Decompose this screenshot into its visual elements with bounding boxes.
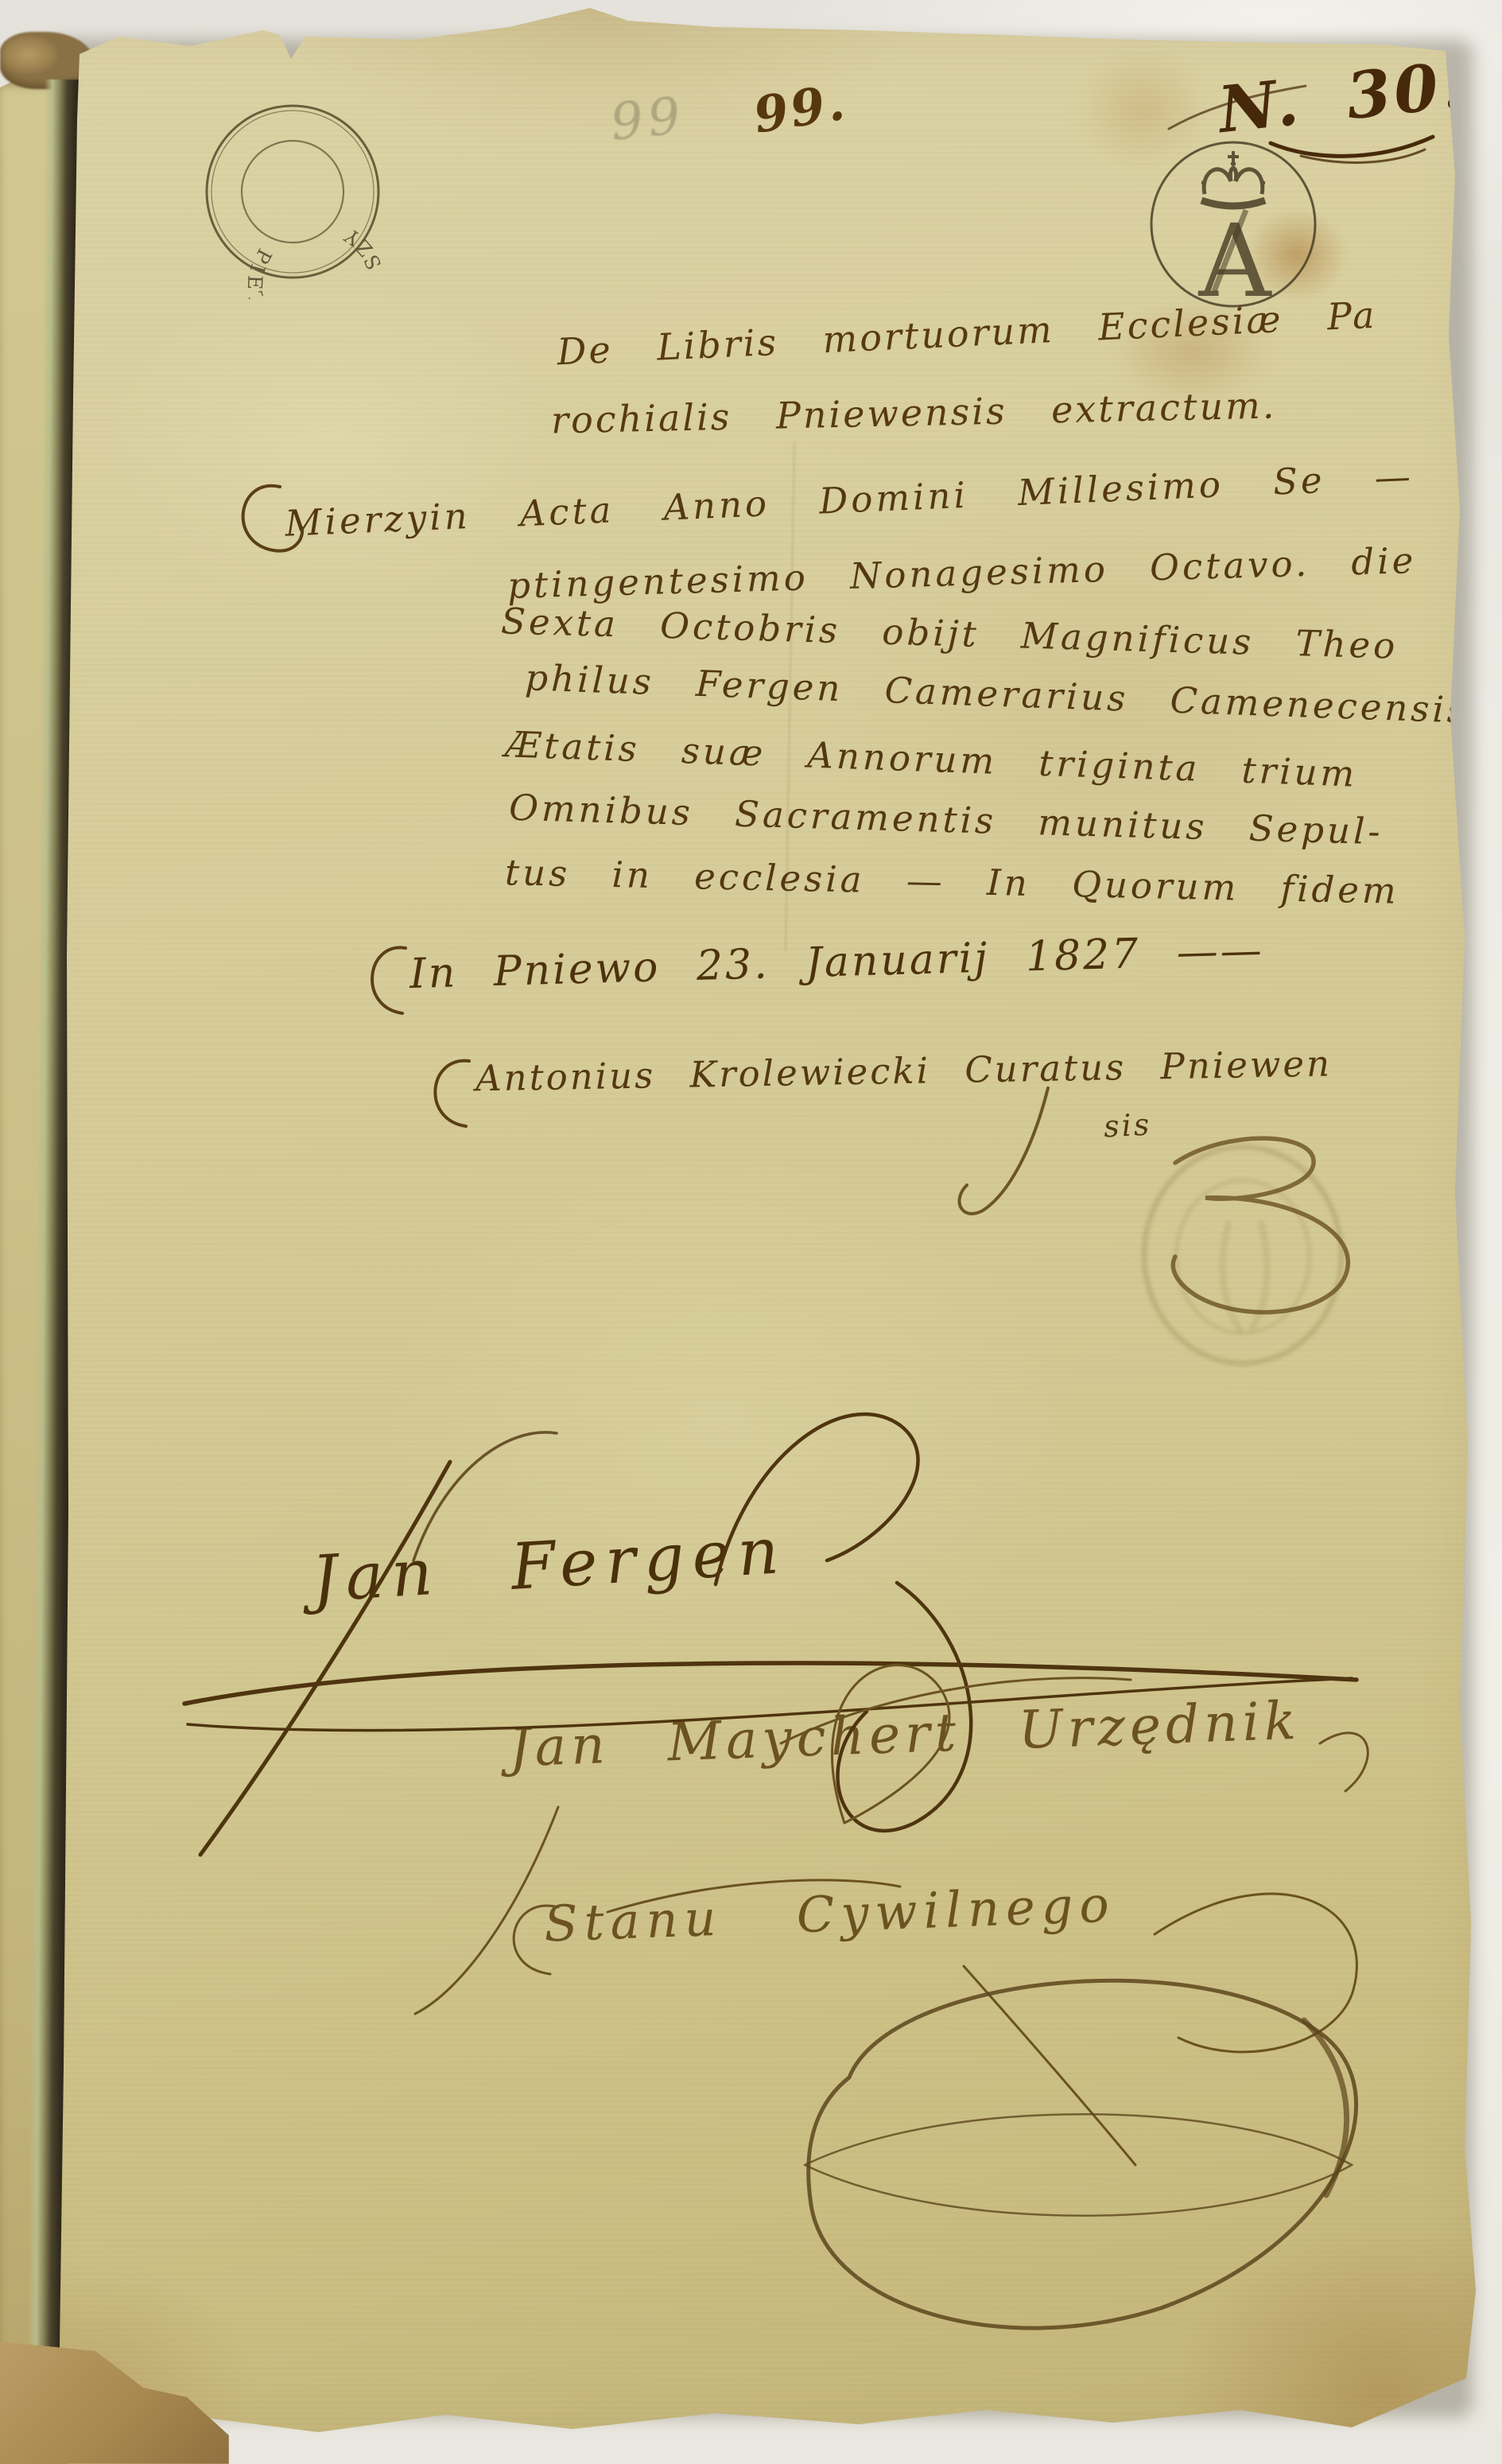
oval-flourish: [805, 1980, 1356, 2328]
attestation-descender-flourish: [960, 1088, 1048, 1214]
document-scan: PIETNASCIE ✱ GROSZY 99 99. N. 30. A: [0, 0, 1502, 2464]
signature-flourishes-maychert: [415, 1665, 1368, 2014]
pen-flourishes-overlay: [0, 0, 1502, 2464]
document-page: PIETNASCIE ✱ GROSZY 99 99. N. 30. A: [0, 0, 1502, 2464]
signature-flourishes-stanu: [514, 1880, 1356, 2165]
record-number-underline-flourish: [1169, 86, 1433, 162]
signature-flourishes-fergen: [184, 1414, 1356, 1855]
line-opening-flourish-icon: [243, 486, 469, 1126]
